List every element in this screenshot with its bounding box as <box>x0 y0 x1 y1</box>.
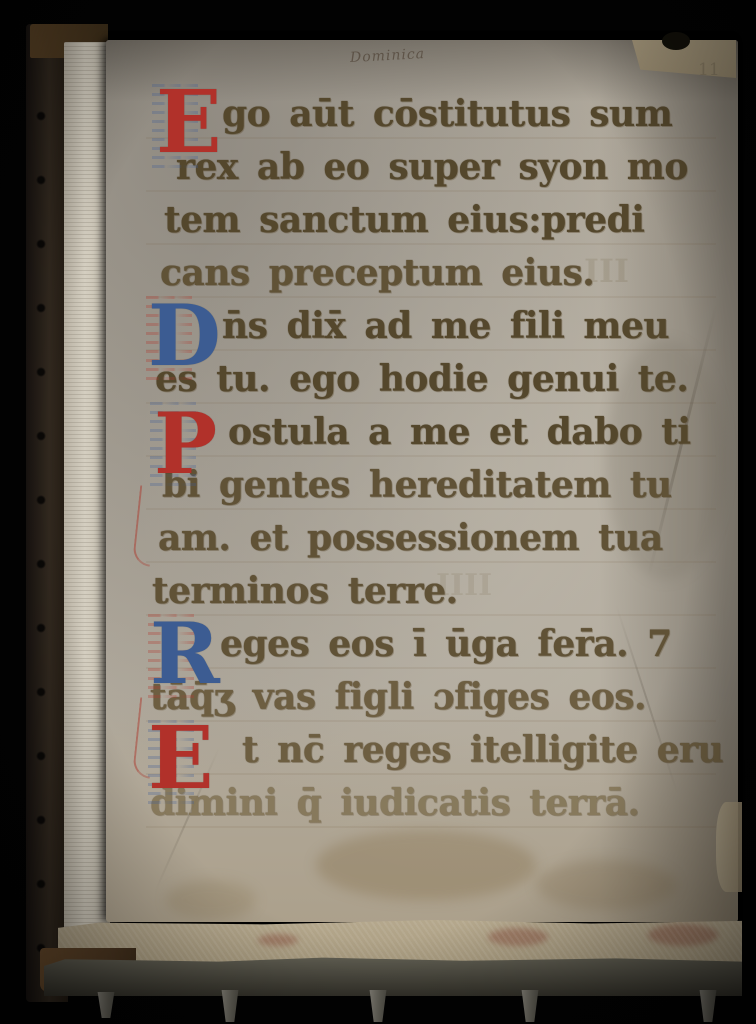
text-line: rex ab eo super syon mo <box>150 141 706 194</box>
initial-letter-E: E <box>148 716 213 802</box>
text-line: ostula a me et dabo ti <box>150 406 706 459</box>
spine-sewing-holes <box>34 84 48 954</box>
parchment-stain <box>536 860 676 910</box>
top-edge-notch <box>662 32 690 50</box>
text-line: go aūt cōstitutus sum <box>150 88 706 141</box>
text-line: t nc̄ reges itelligite eru <box>150 724 706 777</box>
manuscript-photo: Dominica 11 III IIII E go aūt cōstitutus… <box>0 0 756 1024</box>
text-line: cans preceptum eius. <box>150 247 706 300</box>
turn-in-stain <box>648 924 718 946</box>
text-block: E go aūt cōstitutus sum rex ab eo super … <box>150 88 706 830</box>
text-line: am. et possessionem tua <box>150 512 706 565</box>
book-spine <box>26 24 68 1002</box>
parchment-stain <box>316 830 536 900</box>
initial-letter-E: E <box>156 80 221 166</box>
verse-1: E go aūt cōstitutus sum rex ab eo super … <box>150 88 706 300</box>
turn-in-stain <box>258 934 298 946</box>
parchment-stain <box>166 880 256 920</box>
text-line: n̄s dix̄ ad me fili meu <box>150 300 706 353</box>
text-line: tem sanctum eius:predi <box>150 194 706 247</box>
verse-5: E t nc̄ reges itelligite eru dimini q̄ i… <box>150 724 706 830</box>
text-line: tāq̄ʒ vas figli ɔfiges eos. <box>150 671 706 724</box>
verse-2: D n̄s dix̄ ad me fili meu es tu. ego hod… <box>150 300 706 406</box>
initial-letter-R: R <box>150 612 219 696</box>
page-block-edge <box>64 42 110 958</box>
header-inscription: Dominica <box>350 46 426 66</box>
folio-number: 11 <box>698 60 720 80</box>
text-line: eges eos ī ūga fer̄a. 7 <box>150 618 706 671</box>
edge-tear <box>716 802 742 892</box>
initial-letter-P: P <box>154 402 217 486</box>
verse-3: P ostula a me et dabo ti bi gentes hered… <box>150 406 706 618</box>
text-line: es tu. ego hodie genui te. <box>150 353 706 406</box>
turn-in-stain <box>488 928 548 946</box>
cover-bottom-edge <box>44 956 742 996</box>
parchment-page: Dominica 11 III IIII E go aūt cōstitutus… <box>106 40 738 922</box>
text-line: bi gentes hereditatem tu <box>150 459 706 512</box>
initial-letter-D: D <box>148 294 220 378</box>
text-line: dimini q̄ iudicatis terrā. <box>150 777 706 830</box>
cover-turn-in <box>58 920 742 964</box>
verse-4: R eges eos ī ūga fer̄a. 7 tāq̄ʒ vas figl… <box>150 618 706 724</box>
text-line: terminos terre. <box>150 565 706 618</box>
